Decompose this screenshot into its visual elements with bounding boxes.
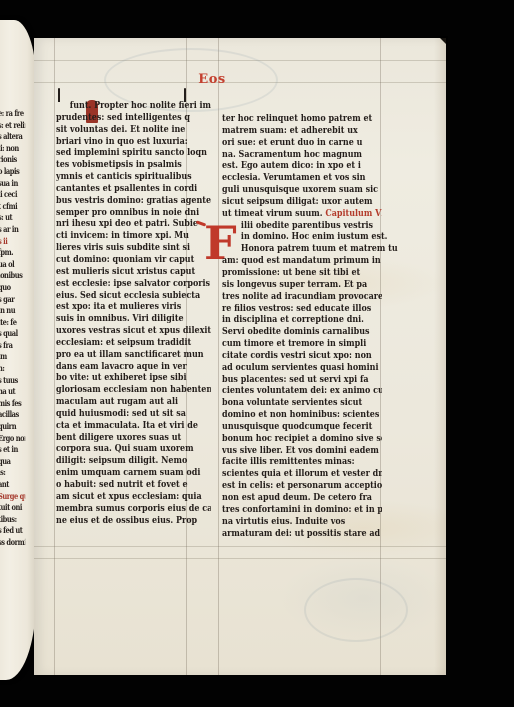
text-line: matrem suam: et adherebit ux <box>222 125 382 137</box>
left-page-line: lonibus <box>0 270 25 282</box>
left-page-line: n: <box>0 363 25 375</box>
text-line: funt. Propter hoc nolite fieri im <box>56 100 224 112</box>
text-line: diligit: seipsum diligit. Nemo <box>56 455 211 467</box>
left-page-line: s et in <box>0 444 25 456</box>
page-edge-shadow <box>434 38 446 675</box>
left-page-line: quirn <box>0 421 25 433</box>
text-line: Servi obedite dominis carnalibus <box>222 326 382 338</box>
text-line: ori sue: et erunt duo in carne u <box>222 137 382 149</box>
text-line: bona voluntate servientes sicut <box>222 397 382 409</box>
text-line: bonum hoc recipiet a domino sive ser <box>222 433 382 445</box>
column-lines: ter hoc relinquet homo patrem etmatrem s… <box>222 113 382 539</box>
left-page-text: e: ra fres: et relinqs alteraii: nonrion… <box>0 108 25 549</box>
text-line: ad oculum servientes quasi homini <box>222 362 382 374</box>
left-page-line: tibus: <box>0 514 25 526</box>
text-column-right: ter hoc relinquet homo patrem etmatrem s… <box>222 113 382 539</box>
column-lines: funt. Propter hoc nolite fieri imprudent… <box>56 100 211 526</box>
text-line: non est apud deum. De cetero fra <box>222 492 382 504</box>
left-page-line: o lapis <box>0 166 25 178</box>
text-line: unusquisque quodcumque fecerit <box>222 421 382 433</box>
left-page-line: quo <box>0 282 25 294</box>
text-line: vus sive liber. Et vos domini eadem <box>222 445 382 457</box>
text-line: bent diligere uxores suas ut <box>56 432 211 444</box>
text-line: domino et non hominibus: scientes quonia… <box>222 409 382 421</box>
text-line: o habuit: sed nutrit et fovet e <box>56 479 211 491</box>
text-line: sed implemini spiritu sancto loqn <box>56 147 211 159</box>
left-page-line: sua in <box>0 178 25 190</box>
text-line: suis in omnibus. Viri diligite <box>56 313 211 325</box>
left-page-line: im <box>0 351 25 363</box>
left-page-line: qua <box>0 456 25 468</box>
left-page-line: e: ra fre <box>0 108 25 120</box>
recto-page: Eos P funt. Propter hoc nolite fieri imp… <box>34 38 446 675</box>
text-line: ut timeat virum suum. Capitulum VI <box>222 208 382 220</box>
ruling-line <box>34 558 446 559</box>
facing-left-page: e: ra fres: et relinqs alteraii: nonrion… <box>0 20 36 680</box>
text-line: cta et immaculata. Ita et viri de <box>56 420 211 432</box>
text-line: in domino. Hoc enim iustum est. <box>222 231 401 243</box>
text-line: citate cordis vestri sicut xpo: non <box>222 350 382 362</box>
text-line: cti invicem: in timore xpi. Mu <box>56 230 211 242</box>
text-line: nri ihesu xpi deo et patri. Subie <box>56 218 211 230</box>
left-page-line: s gar <box>0 294 25 306</box>
text-line: gloriosam ecclesiam non habentem <box>56 384 211 396</box>
text-line: re filios vestros: sed educate illos <box>222 303 382 315</box>
text-line: cantantes et psallentes in cordi <box>56 183 211 195</box>
text-line: semper pro omnibus in noie dni <box>56 207 211 219</box>
text-line: est xpo: ita et mulieres viris <box>56 301 211 313</box>
text-line: bus vestris domino: gratias agentes <box>56 195 211 207</box>
left-page-line: tuit oni <box>0 502 25 514</box>
left-page-line: fpm. <box>0 247 25 259</box>
left-page-line: na ut <box>0 386 25 398</box>
left-page-line: s fed ut <box>0 525 25 537</box>
text-line: lieres viris suis subdite sint si <box>56 242 211 254</box>
left-page-line: t cfmi <box>0 201 25 213</box>
ruling-line <box>54 38 55 675</box>
text-line: am sicut et xpus ecclesiam: quia <box>56 491 211 503</box>
text-line: facite illis remittentes minas: <box>222 456 382 468</box>
text-line: ne eius et de ossibus eius. Prop <box>56 515 211 527</box>
text-line: armaturam dei: ut possitis stare ad <box>222 528 382 540</box>
left-page-line: ii: non <box>0 143 25 155</box>
text-line: bus placentes: sed ut servi xpi fa <box>222 374 382 386</box>
left-page-line: ua ol <box>0 259 25 271</box>
left-page-line: rionis <box>0 154 25 166</box>
left-page-line: in nu <box>0 305 25 317</box>
left-page-line: s: et relinq <box>0 120 25 132</box>
text-line: bo vite: ut exhiberet ipse sibi <box>56 372 211 384</box>
text-line: cum timore et tremore in simpli <box>222 338 382 350</box>
text-line: scientes quia et illorum et vester dns <box>222 468 382 480</box>
text-line: est ecclesie: ipse salvator corporis <box>56 278 211 290</box>
text-line: Honora patrem tuum et matrem tu <box>222 243 401 255</box>
text-line: na virtutis eius. Induite vos <box>222 516 382 528</box>
text-line: enim umquam carnem suam odi <box>56 467 211 479</box>
running-head: Eos <box>192 72 232 87</box>
text-line: maculam aut rugam aut ali <box>56 396 211 408</box>
text-line: uxores vestras sicut et xpus dilexit <box>56 325 211 337</box>
text-line: tes vobismetipsis in psalmis <box>56 159 211 171</box>
text-line: est in celis: et personarum acceptio <box>222 480 382 492</box>
text-line: dans eam lavacro aque in ver <box>56 361 211 373</box>
text-line: tres nolite ad iracundiam provocare <box>222 291 382 303</box>
text-line: tres confortamini in domino: et in poten… <box>222 504 382 516</box>
ruling-line <box>218 38 219 675</box>
left-page-line: Surge qui <box>0 491 25 503</box>
left-page-line: is: <box>0 467 25 479</box>
photo-background: e: ra fres: et relinqs alteraii: nonrion… <box>0 0 514 707</box>
text-line: sit voluntas dei. Et nolite ine <box>56 124 211 136</box>
left-page-line: ant <box>0 479 25 491</box>
text-line: est. Ego autem dico: in xpo et i <box>222 160 382 172</box>
text-line: ilii obedite parentibus vestris <box>222 220 401 232</box>
text-line: pro ea ut illam sanctificaret mun <box>56 349 211 361</box>
text-line: ecclesia. Verumtamen et vos sin <box>222 172 382 184</box>
show-through-drawing <box>304 578 408 642</box>
chapter-heading: Capitulum VI <box>325 208 381 219</box>
text-line: sicut seipsum diligat: uxor autem <box>222 196 382 208</box>
text-line: membra sumus corporis eius de car <box>56 503 211 515</box>
left-page-line: s ii <box>0 236 25 248</box>
text-line: am: quod est mandatum primum in <box>222 255 382 267</box>
left-page-line: mis fes <box>0 398 25 410</box>
left-page-line: ite: fe <box>0 317 25 329</box>
left-page-line: s ar in <box>0 224 25 236</box>
text-column-left: P funt. Propter hoc nolite fieri imprude… <box>56 100 211 526</box>
text-line: promissione: ut bene sit tibi et <box>222 267 382 279</box>
text-line: cut domino: quoniam vir caput <box>56 254 211 266</box>
left-page-line: s: ut <box>0 212 25 224</box>
left-page-line: ss dormis <box>0 537 25 549</box>
left-page-line: acillas <box>0 409 25 421</box>
text-line: corpora sua. Qui suam uxorem <box>56 443 211 455</box>
text-line: ymnis et canticis spiritualibus <box>56 171 211 183</box>
text-line: cientes voluntatem dei: ex animo cum <box>222 385 382 397</box>
left-page-line: s fra <box>0 340 25 352</box>
left-page-line: s qual <box>0 328 25 340</box>
text-line: briari vino in quo est luxuria: <box>56 136 211 148</box>
text-line: eius. Sed sicut ecclesia subiecta <box>56 290 211 302</box>
left-page-line: s tuus <box>0 375 25 387</box>
text-line: sis longevus super terram. Et pa <box>222 279 382 291</box>
left-page-line: s altera <box>0 131 25 143</box>
text-line: ter hoc relinquet homo patrem et <box>222 113 382 125</box>
left-page-line: Ergo non <box>0 433 25 445</box>
text-line: in disciplina et correptione dni. <box>222 314 382 326</box>
text-line: guli unusquisque uxorem suam sic <box>222 184 382 196</box>
text-line: prudentes: sed intelligentes q <box>56 112 211 124</box>
text-line: est mulieris sicut xristus caput <box>56 266 211 278</box>
left-page-line: ii ceci <box>0 189 25 201</box>
text-line: na. Sacramentum hoc magnum <box>222 149 382 161</box>
text-line: quid huiusmodi: sed ut sit sa <box>56 408 211 420</box>
text-line: ecclesiam: et seipsum tradidit <box>56 337 211 349</box>
ruling-line <box>34 546 446 547</box>
